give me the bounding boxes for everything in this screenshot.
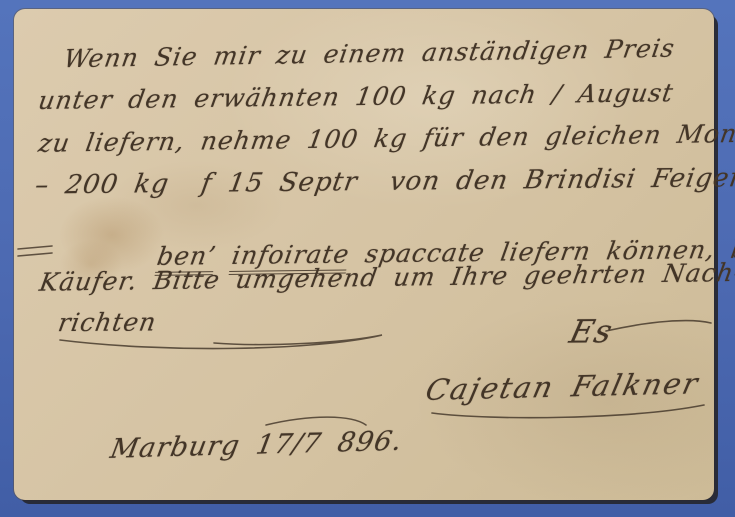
handwritten-line: Wenn Sie mir zu einem anständigen Preis — [62, 34, 677, 74]
handwritten-line: zu liefern, nehme 100 kg für den gleiche… — [36, 119, 735, 158]
closing-initials: Es — [566, 312, 617, 350]
scan-background: Wenn Sie mir zu einem anständigen Preis … — [0, 0, 735, 517]
handwritten-line: richten — [56, 307, 159, 337]
handwritten-line: – 200 kg f 15 Septr von den Brindisi Fei… — [33, 163, 735, 200]
signature: Cajetan Falkner — [423, 366, 703, 407]
dateline: Marburg 17/7 896. — [108, 426, 405, 465]
postcard: Wenn Sie mir zu einem anständigen Preis … — [14, 9, 714, 500]
handwritten-line: unter den erwähnten 100 kg nach / August — [36, 78, 676, 115]
handwritten-message: Wenn Sie mir zu einem anständigen Preis … — [12, 7, 715, 503]
